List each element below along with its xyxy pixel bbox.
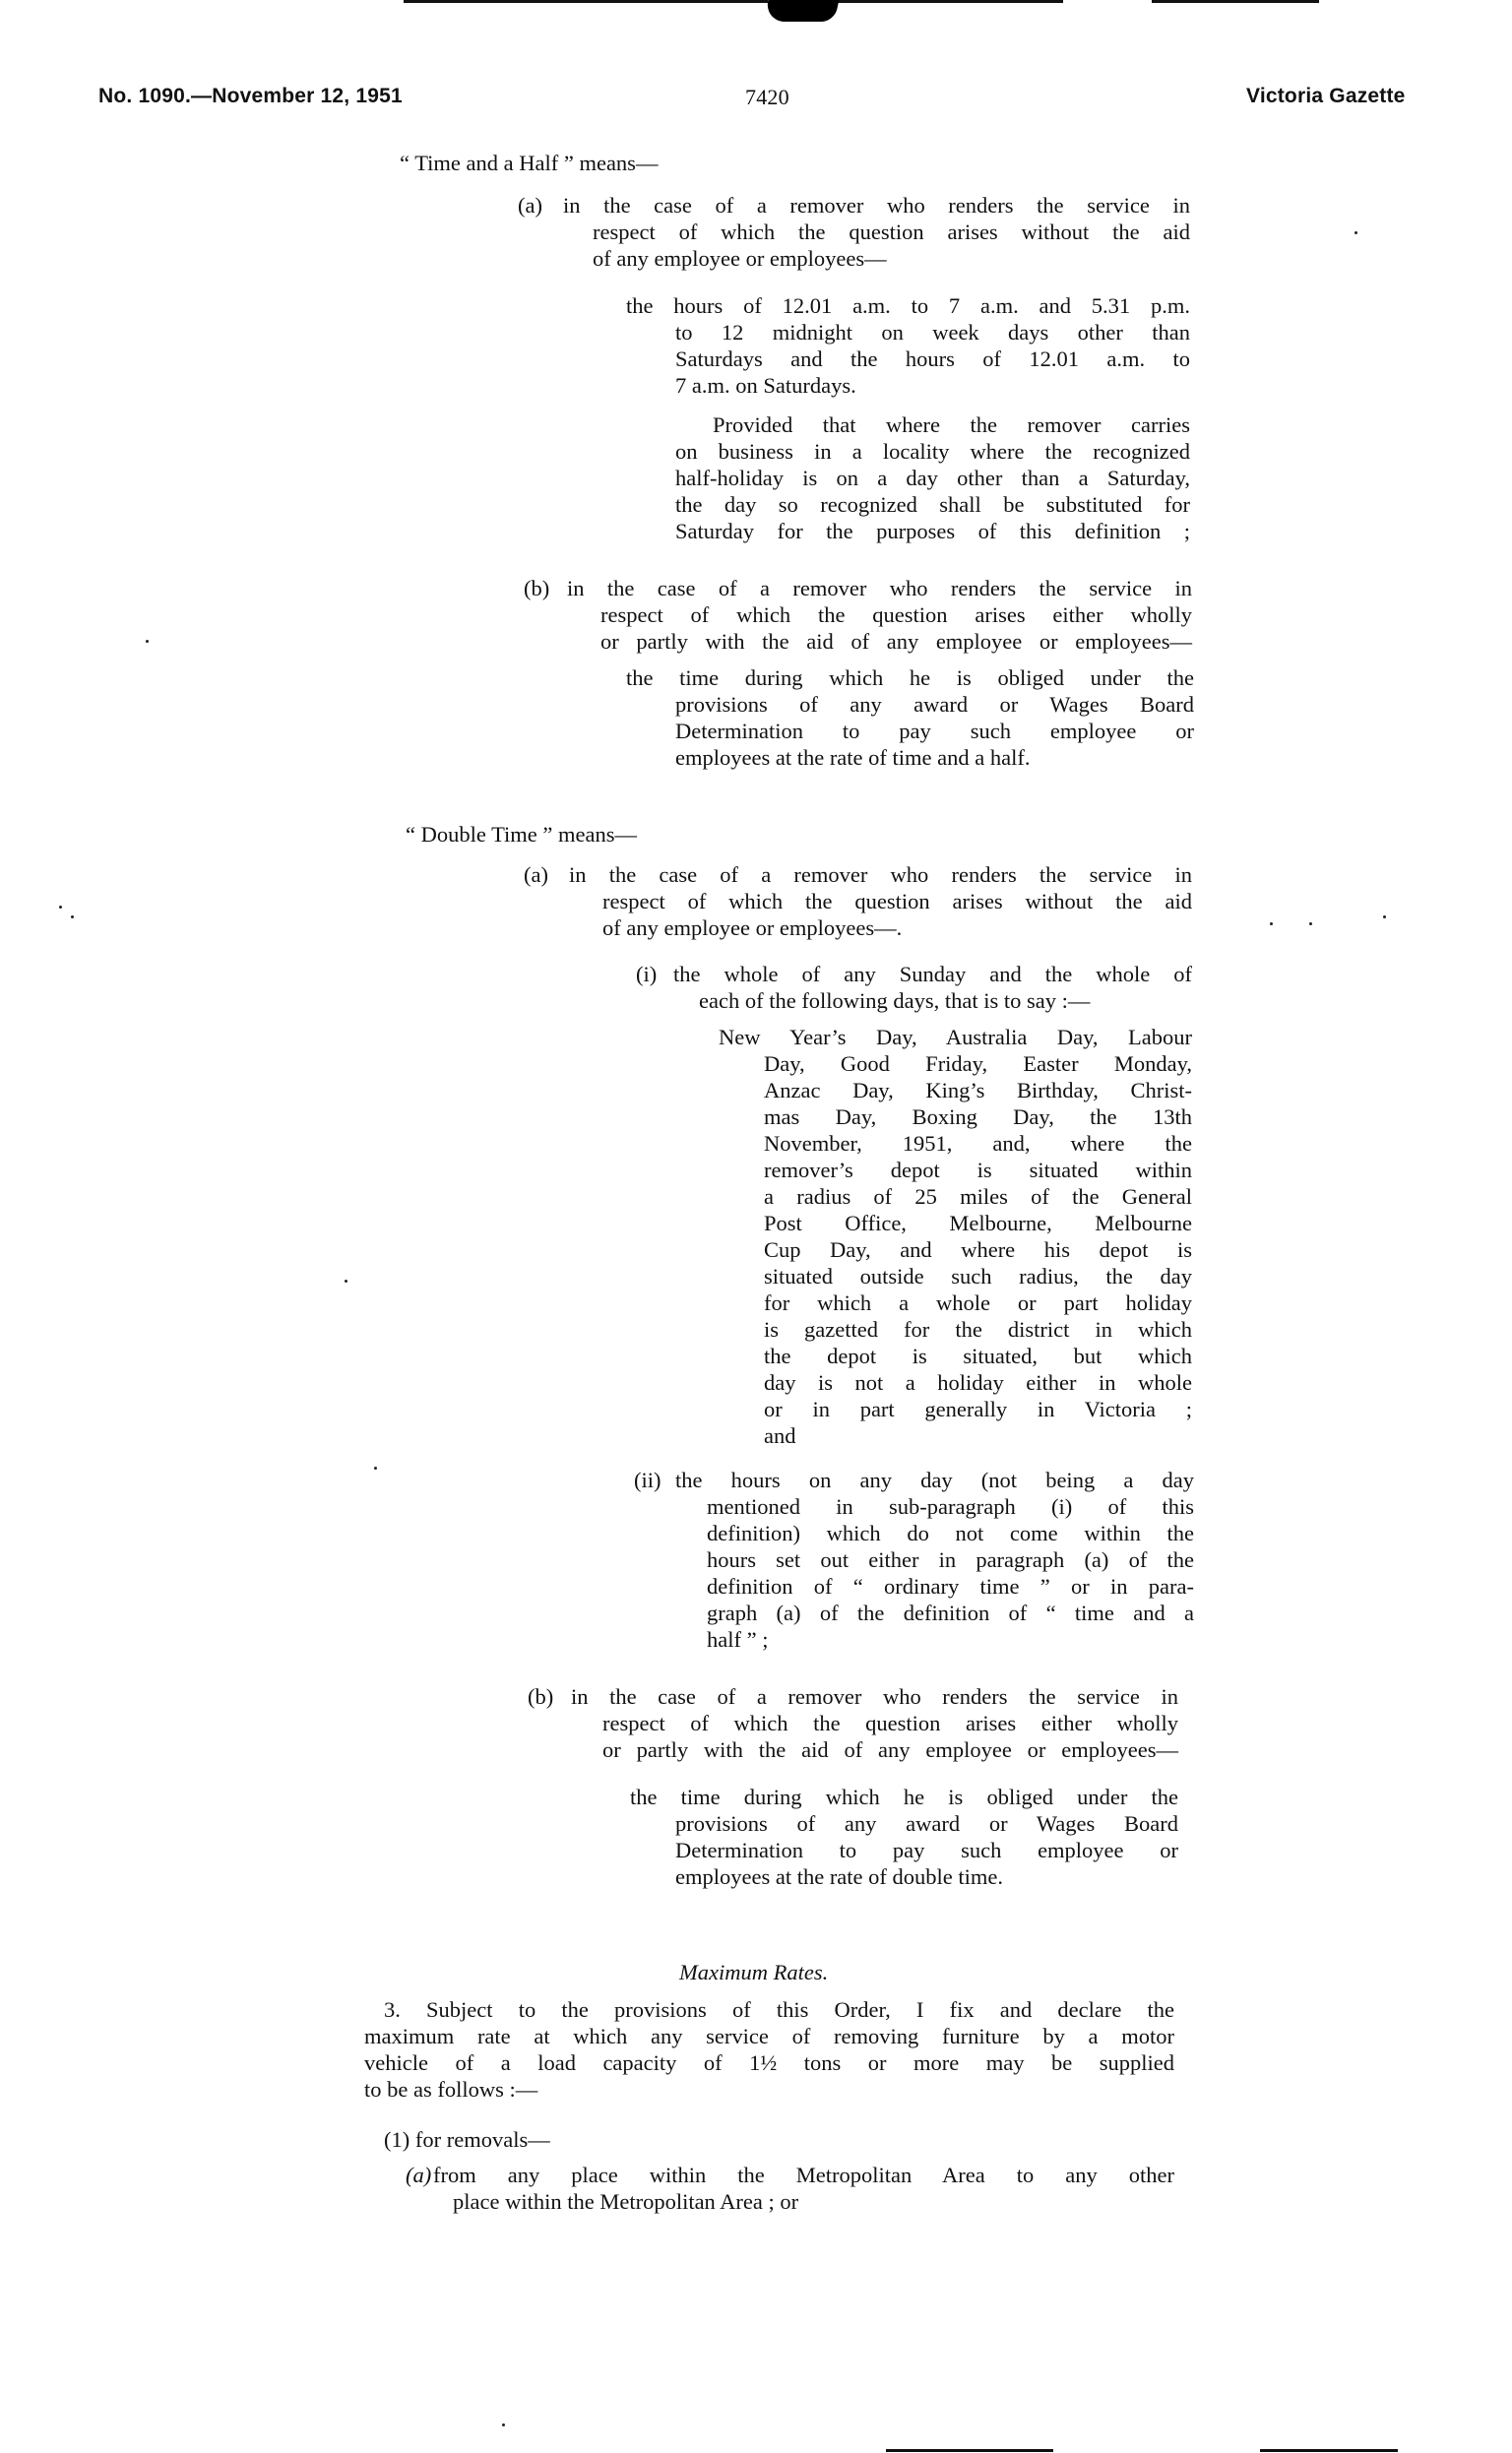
time-text: Determination to pay such employee or (675, 718, 1194, 744)
proviso-text: the day so recognized shall be substitut… (675, 491, 1190, 518)
subparagraph-label: (ii) (634, 1467, 661, 1493)
scan-speck (345, 1280, 347, 1283)
scan-artifact-bottom (886, 2449, 1053, 2452)
paragraph-text: in the case of a remover who renders the… (563, 192, 1190, 219)
paragraph-label: (b) (528, 1683, 553, 1710)
proviso-text: Saturday for the purposes of this defini… (675, 518, 1190, 544)
subparagraph-text: graph (a) of the definition of “ time an… (707, 1600, 1194, 1626)
holiday-list-text: a radius of 25 miles of the General (764, 1183, 1192, 1210)
subparagraph-text: half ” ; (707, 1626, 768, 1653)
issue-number-date: No. 1090.—November 12, 1951 (98, 85, 403, 108)
scan-blot (764, 0, 840, 22)
subparagraph-text: mentioned in sub-paragraph (i) of this (707, 1493, 1194, 1520)
scan-speck (146, 640, 149, 643)
holiday-list-text: November, 1951, and, where the (764, 1130, 1192, 1157)
subparagraph-text: the whole of any Sunday and the whole of (673, 961, 1192, 987)
paragraph-label: (a) (406, 2162, 431, 2188)
paragraph-text: respect of which the question arises wit… (593, 219, 1190, 245)
holiday-list-text: and (764, 1422, 796, 1449)
paragraph-text: in the case of a remover who renders the… (567, 575, 1192, 601)
hours-text: Saturdays and the hours of 12.01 a.m. to (675, 346, 1190, 372)
paragraph-text: of any employee or employees—. (602, 914, 902, 941)
proviso-text: half-holiday is on a day other than a Sa… (675, 465, 1190, 491)
time-text: the time during which he is obliged unde… (626, 664, 1194, 691)
holiday-list-text: Day, Good Friday, Easter Monday, (764, 1050, 1192, 1077)
definition-heading-time-and-a-half: “ Time and a Half ” means— (400, 150, 658, 176)
holiday-list-text: Anzac Day, King’s Birthday, Christ- (764, 1077, 1192, 1103)
subparagraph-text: definition of “ ordinary time ” or in pa… (707, 1573, 1194, 1600)
hours-text: the hours of 12.01 a.m. to 7 a.m. and 5.… (626, 292, 1190, 319)
hours-text: 7 a.m. on Saturdays. (675, 372, 856, 399)
paragraph-text: or partly with the aid of any employee o… (602, 1736, 1178, 1763)
paragraph-text: respect of which the question arises eit… (600, 601, 1192, 628)
holiday-list-text: remover’s depot is situated within (764, 1157, 1192, 1183)
section-heading-maximum-rates: Maximum Rates. (679, 1959, 828, 1985)
holiday-list-text: Post Office, Melbourne, Melbourne (764, 1210, 1192, 1236)
scan-speck (59, 906, 62, 909)
paragraph-label: (a) (518, 192, 542, 219)
list-item-removals: (1) for removals— (384, 2126, 550, 2153)
definition-heading-double-time: “ Double Time ” means— (406, 821, 637, 848)
subparagraph-label: (i) (636, 961, 657, 987)
paragraph-text: or partly with the aid of any employee o… (600, 628, 1192, 655)
hours-text: to 12 midnight on week days other than (675, 319, 1190, 346)
holiday-list-text: Cup Day, and where his depot is (764, 1236, 1192, 1263)
list-item-text: from any place within the Metropolitan A… (433, 2162, 1174, 2188)
clause-text: vehicle of a load capacity of 1½ tons or… (364, 2049, 1174, 2076)
scan-artifact-bottom (1260, 2449, 1398, 2452)
scan-speck (1309, 922, 1312, 925)
holiday-list-text: mas Day, Boxing Day, the 13th (764, 1103, 1192, 1130)
scan-speck (1383, 915, 1386, 918)
time-text: Determination to pay such employee or (675, 1837, 1178, 1863)
paragraph-text: in the case of a remover who renders the… (569, 861, 1192, 888)
scan-speck (71, 915, 74, 918)
scan-artifact-top (384, 0, 1319, 14)
proviso-text: Provided that where the remover carries (713, 411, 1190, 438)
paragraph-label: (b) (524, 575, 549, 601)
time-text: the time during which he is obliged unde… (630, 1784, 1178, 1810)
time-text: provisions of any award or Wages Board (675, 691, 1194, 718)
holiday-list-text: the depot is situated, but which (764, 1343, 1192, 1369)
proviso-text: on business in a locality where the reco… (675, 438, 1190, 465)
time-text: employees at the rate of double time. (675, 1863, 1003, 1890)
holiday-list-text: New Year’s Day, Australia Day, Labour (719, 1024, 1192, 1050)
list-item-text: place within the Metropolitan Area ; or (453, 2188, 798, 2215)
clause-text: 3. Subject to the provisions of this Ord… (384, 1996, 1174, 2023)
paragraph-label: (a) (524, 861, 548, 888)
holiday-list-text: day is not a holiday either in whole (764, 1369, 1192, 1396)
holiday-list-text: is gazetted for the district in which (764, 1316, 1192, 1343)
clause-text: to be as follows :— (364, 2076, 537, 2103)
paragraph-text: respect of which the question arises wit… (602, 888, 1192, 914)
subparagraph-text: the hours on any day (not being a day (675, 1467, 1194, 1493)
publication-title: Victoria Gazette (1246, 85, 1406, 108)
scan-speck (1270, 922, 1273, 925)
page-number: 7420 (745, 85, 789, 110)
holiday-list-text: situated outside such radius, the day (764, 1263, 1192, 1289)
paragraph-text: in the case of a remover who renders the… (571, 1683, 1178, 1710)
time-text: provisions of any award or Wages Board (675, 1810, 1178, 1837)
paragraph-text: of any employee or employees— (593, 245, 887, 272)
clause-text: maximum rate at which any service of rem… (364, 2023, 1174, 2049)
subparagraph-text: each of the following days, that is to s… (699, 987, 1090, 1014)
paragraph-text: respect of which the question arises eit… (602, 1710, 1178, 1736)
subparagraph-text: definition) which do not come within the (707, 1520, 1194, 1546)
scan-speck (502, 2423, 505, 2426)
scan-speck (1354, 231, 1357, 234)
time-text: employees at the rate of time and a half… (675, 744, 1030, 771)
scan-speck (374, 1467, 377, 1470)
gazette-page: No. 1090.—November 12, 1951 7420 Victori… (0, 0, 1512, 2453)
holiday-list-text: or in part generally in Victoria ; (764, 1396, 1192, 1422)
holiday-list-text: for which a whole or part holiday (764, 1289, 1192, 1316)
subparagraph-text: hours set out either in paragraph (a) of… (707, 1546, 1194, 1573)
